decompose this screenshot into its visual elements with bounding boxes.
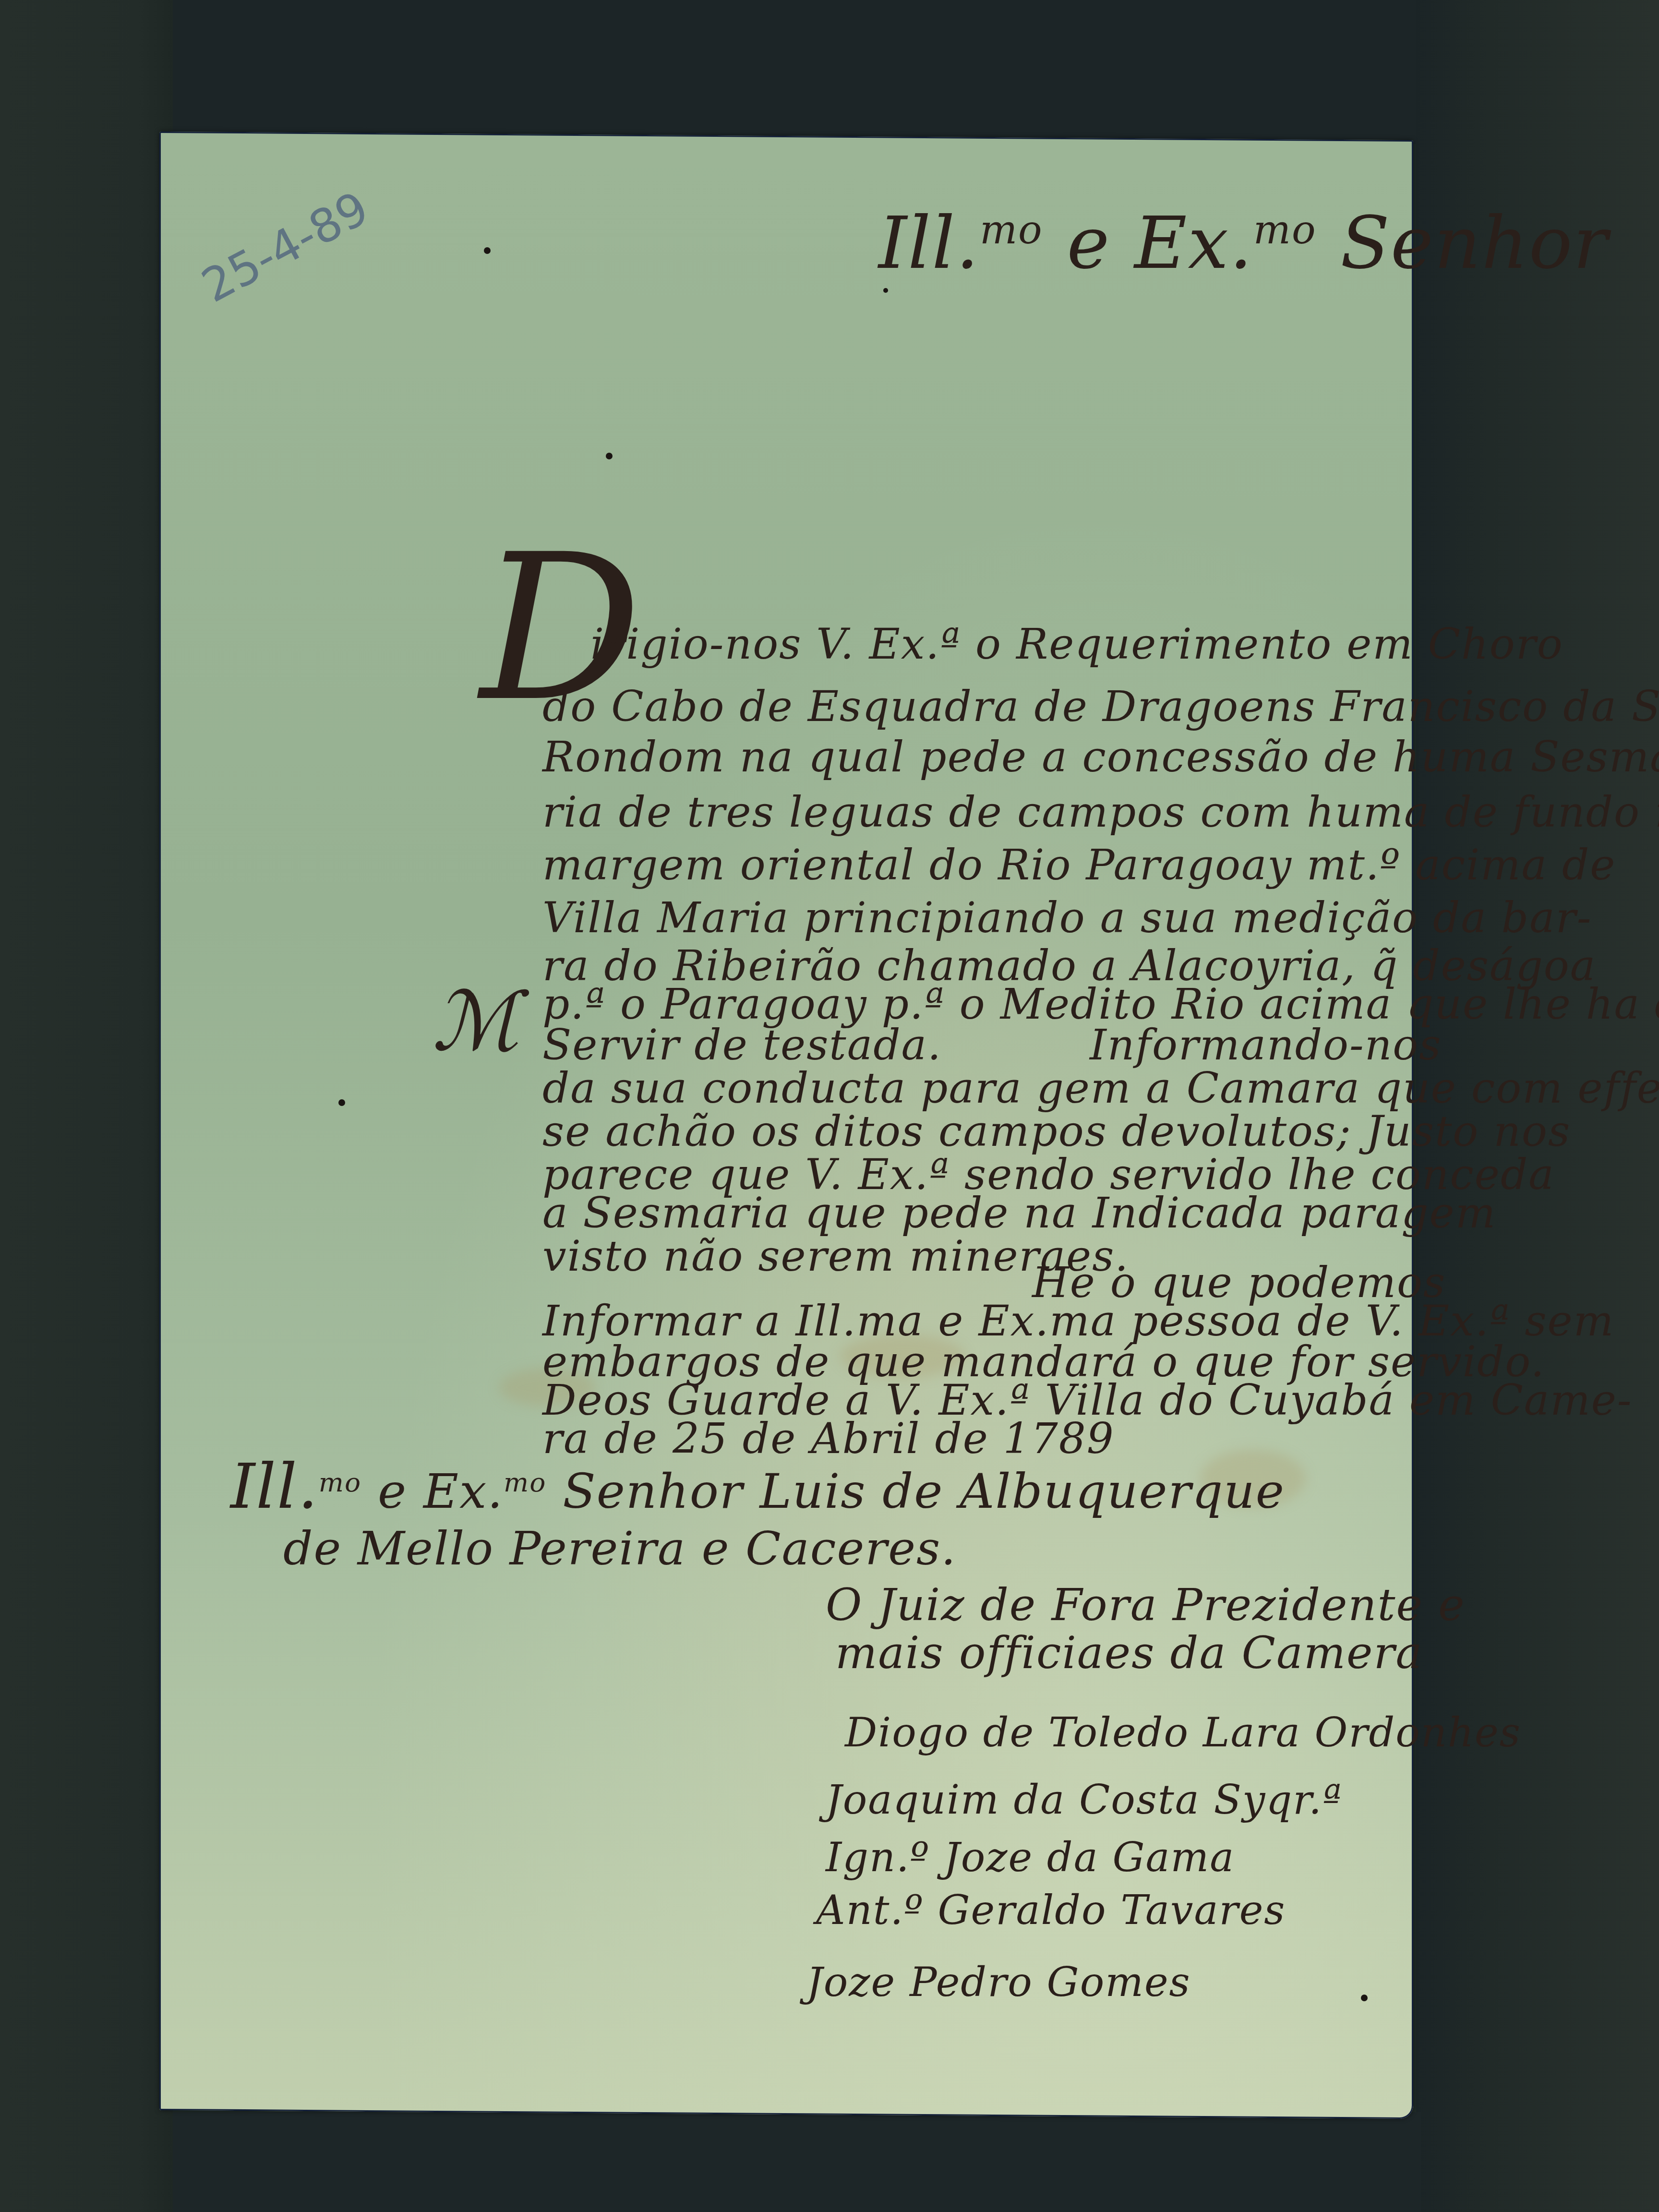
closing-line-1: O Juiz de Fora Prezidente e (826, 1579, 1466, 1631)
addressee-prefix-sup: mo (319, 1467, 361, 1498)
scan-backdrop-bottom (173, 2112, 1421, 2212)
body-line: da sua conducta para gem a Camara que co… (542, 1063, 1659, 1113)
addressee-line-1: Ill.mo e Ex.mo Senhor Luis de Albuquerqu… (230, 1450, 1285, 1523)
signature: Diogo de Toledo Lara Ordonhes (845, 1709, 1521, 1756)
salutation-conj-sup: mo (1253, 207, 1317, 253)
salutation-title: Senhor (1340, 202, 1609, 285)
body-line: ria de tres leguas de campos com huma de… (542, 787, 1659, 837)
addressee-conj: e Ex. (378, 1463, 504, 1519)
salutation: Ill.mo e Ex.mo Senhor (878, 202, 1609, 285)
signature: Ant.º Geraldo Tavares (816, 1887, 1286, 1934)
addressee-name: Senhor Luis de Albuquerque (563, 1463, 1285, 1519)
ink-dot (338, 1099, 345, 1106)
body-line: se achão os ditos campos devolutos; Just… (542, 1106, 1571, 1156)
body-line: irigio-nos V. Ex.ª o Requerimento em Cho… (590, 619, 1563, 669)
body-line: margem oriental do Rio Paragoay mt.º aci… (542, 840, 1616, 890)
addressee-line-2: de Mello Pereira e Caceres. (283, 1522, 957, 1575)
closing-line-2: mais officiaes da Camera (835, 1627, 1423, 1679)
signature: Joze Pedro Gomes (806, 1959, 1191, 2006)
body-line: Villa Maria principiando a sua medição d… (542, 893, 1592, 942)
scan-backdrop-left (0, 0, 173, 2212)
salutation-prefix: Ill. (878, 202, 980, 285)
margin-flourish-icon: ℳ (432, 974, 520, 1070)
body-line: Rondom na qual pede a concessão de huma … (542, 732, 1659, 781)
body-line: Servir de testada. (542, 1020, 942, 1070)
body-line: a Sesmaria que pede na Indicada paragem (542, 1188, 1496, 1238)
addressee-prefix: Ill. (230, 1450, 319, 1523)
body-line: Informando-nos (1090, 1020, 1442, 1070)
signature: Ign.º Joze da Gama (826, 1834, 1235, 1881)
ink-dot (606, 453, 613, 459)
salutation-conj: e Ex. (1067, 202, 1253, 285)
salutation-prefix-sup: mo (980, 207, 1043, 253)
body-line: do Cabo de Esquadra de Dragoens Francisc… (542, 682, 1659, 731)
ink-dot (484, 247, 491, 254)
ink-dot (883, 288, 888, 293)
signature: Joaquim da Costa Syqr.ª (826, 1776, 1343, 1823)
ink-dot (1361, 1995, 1368, 2001)
addressee-conj-sup: mo (504, 1467, 546, 1498)
